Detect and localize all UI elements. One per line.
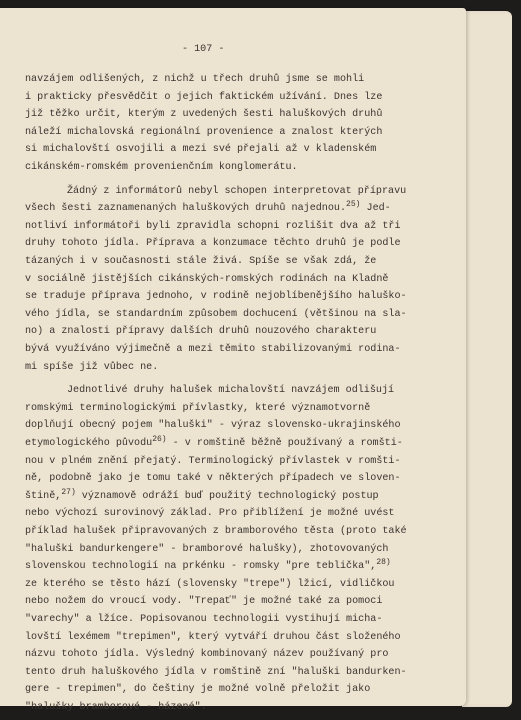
text-line: cikánském-romském provenienčním konglome…: [25, 162, 298, 173]
line-text: tento druh haluškového jídla v romštině …: [25, 667, 407, 678]
line-text: no) a znalosti přípravy dalších druhů no…: [25, 326, 376, 337]
line-text: nou v plném znění přejatý. Terminologick…: [25, 456, 401, 467]
footnote-reference: 25): [346, 200, 360, 209]
text-line: romskými terminologickými přívlastky, kt…: [25, 403, 370, 414]
text-line: navzájem odlišených, z nichž u třech dru…: [25, 74, 364, 85]
line-text: tázaných i v současnosti stále živá. Spí…: [25, 256, 376, 267]
line-text: "halušky bramborové - házené".: [25, 702, 207, 713]
text-line: notliví informátoři byli zpravidla schop…: [25, 221, 401, 232]
footnote-reference: 26): [152, 435, 166, 444]
text-line: gere - trepimen", do češtiny je možné vo…: [25, 684, 370, 695]
line-text: gere - trepimen", do češtiny je možné vo…: [25, 684, 370, 695]
line-text: slovenskou technologií na prkénku - roms…: [25, 561, 376, 572]
line-text: i prakticky přesvědčit o jejich faktické…: [25, 92, 382, 103]
line-text-continued: významově odráží buď použitý technologic…: [76, 491, 379, 502]
line-text: příklad halušek připravovaných z brambor…: [25, 526, 407, 537]
text-line: no) a znalosti přípravy dalších druhů no…: [25, 326, 376, 337]
line-text: štině,: [25, 491, 61, 502]
text-line: druhy tohoto jídla. Příprava a konzumace…: [25, 238, 401, 249]
line-text: etymologického původu: [25, 438, 152, 449]
line-text: romskými terminologickými přívlastky, kt…: [25, 403, 370, 414]
line-text: nebo výchozí surovinový základ. Pro přib…: [25, 508, 395, 519]
line-text: druhy tohoto jídla. Příprava a konzumace…: [25, 238, 401, 249]
line-text: náleží michalovská regionální provenienc…: [25, 127, 382, 138]
text-line: ze kterého se těsto hází (slovensky "tre…: [25, 579, 395, 590]
text-line: ně, podobně jako je tomu také v některýc…: [25, 473, 401, 484]
line-text: doplňují obecný pojem "haluški" - výraz …: [25, 420, 401, 431]
line-text: Jednotlivé druhy halušek michalovští nav…: [67, 385, 394, 396]
line-text: ze kterého se těsto hází (slovensky "tre…: [25, 579, 395, 590]
text-line: štině,27) významově odráží buď použitý t…: [25, 491, 379, 502]
line-text: "varechy" a lžíce. Popisovanou technolog…: [25, 614, 382, 625]
line-text: se traduje příprava jednoho, v rodině ne…: [25, 291, 407, 302]
line-text: si michalovští osvojili a mezi své přeja…: [25, 144, 376, 155]
text-line: všech šesti zaznamenaných haluškových dr…: [25, 203, 391, 214]
line-text: lovští lexémem "trepimen", který vytváří…: [25, 632, 401, 643]
line-text: vého jídla, se standardním způsobem doch…: [25, 309, 407, 320]
underlying-page-edge: [462, 11, 512, 707]
text-line: tento druh haluškového jídla v romštině …: [25, 667, 407, 678]
line-text: "haluški bandurkengere" - bramborové hal…: [25, 544, 388, 555]
text-line: vého jídla, se standardním způsobem doch…: [25, 309, 407, 320]
text-line: i prakticky přesvědčit o jejich faktické…: [25, 92, 382, 103]
text-line: nou v plném znění přejatý. Terminologick…: [25, 456, 401, 467]
line-text-continued: - v romštině běžně používaný a romšti-: [167, 438, 403, 449]
text-line: příklad halušek připravovaných z brambor…: [25, 526, 407, 537]
text-line: lovští lexémem "trepimen", který vytváří…: [25, 632, 401, 643]
line-text: cikánském-romském provenienčním konglome…: [25, 162, 298, 173]
line-text: ně, podobně jako je tomu také v některýc…: [25, 473, 401, 484]
text-line: "halušky bramborové - házené".: [25, 702, 207, 713]
text-line: slovenskou technologií na prkénku - roms…: [25, 561, 391, 572]
text-line: Žádný z informátorů nebyl schopen interp…: [67, 186, 406, 197]
text-line: Jednotlivé druhy halušek michalovští nav…: [67, 385, 394, 396]
text-line: doplňují obecný pojem "haluški" - výraz …: [25, 420, 401, 431]
line-text: nebo nožem do vroucí vody. "Trepať" je m…: [25, 596, 382, 607]
line-text: Žádný z informátorů nebyl schopen interp…: [67, 186, 406, 197]
text-line: tázaných i v současnosti stále živá. Spí…: [25, 256, 376, 267]
text-line: etymologického původu26) - v romštině bě…: [25, 438, 403, 449]
line-text: navzájem odlišených, z nichž u třech dru…: [25, 74, 364, 85]
footnote-reference: 28): [376, 558, 390, 567]
line-text-continued: Jed-: [360, 203, 390, 214]
document-page: - 107 - navzájem odlišených, z nichž u t…: [0, 8, 466, 706]
text-line: se traduje příprava jednoho, v rodině ne…: [25, 291, 407, 302]
text-line: "varechy" a lžíce. Popisovanou technolog…: [25, 614, 382, 625]
text-line: bývá využíváno výjimečně a mezi těmito s…: [25, 344, 401, 355]
line-text: mi spíše již vůbec ne.: [25, 362, 158, 373]
text-line: "haluški bandurkengere" - bramborové hal…: [25, 544, 388, 555]
line-text: již těžko určit, kterým z uvedených šest…: [25, 109, 382, 120]
line-text: všech šesti zaznamenaných haluškových dr…: [25, 203, 346, 214]
line-text: notliví informátoři byli zpravidla schop…: [25, 221, 401, 232]
footnote-reference: 27): [61, 488, 75, 497]
text-line: již těžko určit, kterým z uvedených šest…: [25, 109, 382, 120]
text-line: mi spíše již vůbec ne.: [25, 362, 158, 373]
line-text: v sociálně jistějších cikánských-romskýc…: [25, 274, 388, 285]
page-number: - 107 -: [182, 44, 224, 55]
line-text: bývá využíváno výjimečně a mezi těmito s…: [25, 344, 401, 355]
text-line: nebo výchozí surovinový základ. Pro přib…: [25, 508, 395, 519]
text-line: si michalovští osvojili a mezi své přeja…: [25, 144, 376, 155]
line-text: názvu tohoto jídla. Výsledný kombinovaný…: [25, 649, 388, 660]
text-line: nebo nožem do vroucí vody. "Trepať" je m…: [25, 596, 382, 607]
text-line: náleží michalovská regionální provenienc…: [25, 127, 382, 138]
text-line: názvu tohoto jídla. Výsledný kombinovaný…: [25, 649, 388, 660]
text-line: v sociálně jistějších cikánských-romskýc…: [25, 274, 388, 285]
